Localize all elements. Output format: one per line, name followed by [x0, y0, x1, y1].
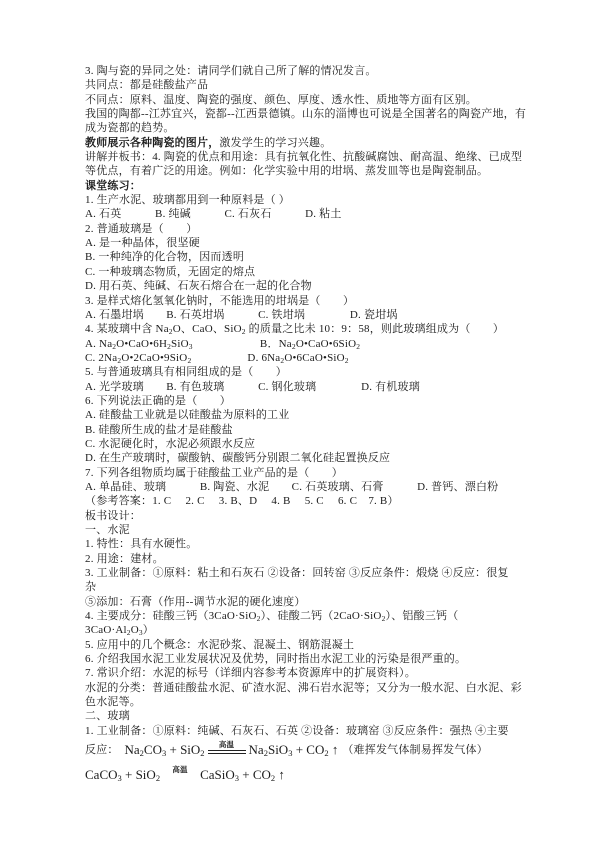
text-segment: 6. 介绍我国水泥工业发展状况及优势，同时指出水泥工业的污染是很严重的。: [85, 653, 466, 665]
text-line: D. 用石英、纯碱、石灰石熔合在一起的化合物: [85, 279, 523, 293]
text-segment: ⑤添加：石膏（作用--调节水泥的硬化速度）: [85, 596, 306, 608]
text-line: 一、水泥: [85, 523, 523, 537]
text-segment: D. 在生产玻璃时，碳酸钠、碳酸钙分别跟二氧化硅起置换反应: [85, 452, 390, 464]
text-segment: 6. 下列说法正确的是（ ）: [85, 395, 231, 407]
text-line: C. 2Na2O•2CaO•9SiO2 D. 6Na2O•6CaO•SiO2: [85, 351, 523, 365]
text-segment: C. 水泥硬化时，水泥必须跟水反应: [85, 438, 255, 450]
text-line: 1. 特性：具有水硬性。: [85, 537, 523, 551]
text-line: 3CaO·Al2O3）: [85, 623, 523, 637]
text-segment: 讲解并板书：4. 陶瓷的优点和用途：具有抗氧化性、抗酸碱腐蚀、耐高温、绝缘、已成…: [85, 151, 522, 163]
text-segment: A. 石英 B. 纯碱 C. 石灰石 D. 粘土: [85, 208, 342, 220]
text-segment: 3. 是样式熔化氢氧化钠时，不能选用的坩埚是（ ）: [85, 295, 354, 307]
text-line: 杂: [85, 580, 523, 594]
equation-rule: [208, 750, 246, 754]
text-segment: 3CaO·Al2O3）: [85, 624, 154, 636]
text-segment: A. 光学玻璃 B. 有色玻璃 C. 钢化玻璃 D. 有机玻璃: [85, 381, 420, 393]
text-line: 6. 下列说法正确的是（ ）: [85, 394, 523, 408]
document-body: 3. 陶与瓷的异同之处：请同学们就自己所了解的情况发言。共同点：都是硅酸盐产品不…: [85, 64, 523, 788]
equation-right-side: Na2SiO3 + CO2 ↑: [249, 743, 339, 757]
equation-left-side: Na2CO3 + SiO2: [125, 743, 205, 757]
text-segment: 成为瓷都的趋势。: [85, 122, 175, 134]
text-line: C. 一种玻璃态物质，无固定的熔点: [85, 265, 523, 279]
text-line: ⑤添加：石膏（作用--调节水泥的硬化速度）: [85, 595, 523, 609]
text-line: 二、玻璃: [85, 709, 523, 723]
text-line: 3. 是样式熔化氢氧化钠时，不能选用的坩埚是（ ）: [85, 294, 523, 308]
text-segment: 色水泥等。: [85, 696, 141, 708]
text-line: 不同点：原料、温度、陶瓷的强度、颜色、厚度、透水性、质地等方面有区别。: [85, 93, 523, 107]
text-segment: 水泥的分类：普通硅酸盐水泥、矿渣水泥、沸石岩水泥等；又分为一般水泥、白水泥、彩: [85, 682, 522, 694]
text-segment: 4. 主要成分：硅酸三钙（3CaO·SiO2）、硅酸二钙（2CaO·SiO2）、…: [85, 610, 458, 622]
text-line: （参考答案：1. C 2. C 3. B、D 4. B 5. C 6. C 7.…: [85, 494, 523, 508]
text-line: B. 一种纯净的化合物，因而透明: [85, 250, 523, 264]
text-line: 5. 应用中的几个概念：水泥砂浆、混凝土、钢筋混凝土: [85, 638, 523, 652]
text-segment: A. 单晶硅、玻璃 B. 陶瓷、水泥 C. 石英玻璃、石膏 D. 普钙、漂白粉: [85, 481, 498, 493]
text-line: A. 是一种晶体，很坚硬: [85, 236, 523, 250]
text-line: 讲解并板书：4. 陶瓷的优点和用途：具有抗氧化性、抗酸碱腐蚀、耐高温、绝缘、已成…: [85, 150, 523, 164]
text-line: 1. 生产水泥、玻璃都用到一种原料是（ ）: [85, 193, 523, 207]
text-line: B. 硅酸所生成的盐才是硅酸盐: [85, 423, 523, 437]
reaction-condition: 高温: [163, 766, 197, 779]
text-line: 水泥的分类：普通硅酸盐水泥、矿渣水泥、沸石岩水泥等；又分为一般水泥、白水泥、彩: [85, 681, 523, 695]
text-segment: 2. 用途：建材。: [85, 553, 164, 565]
text-segment: 3. 工业制备：①原料：粘土和石灰石 ②设备：回转窑 ③反应条件：煅烧 ④反应：…: [85, 567, 509, 579]
text-line: 教师展示各种陶瓷的图片，激发学生的学习兴趣。: [85, 136, 523, 150]
text-segment: C. 2Na2O•2CaO•9SiO2 D. 6Na2O•6CaO•SiO2: [85, 352, 349, 364]
text-line: C. 水泥硬化时，水泥必须跟水反应: [85, 437, 523, 451]
reaction-condition: 高温: [208, 741, 246, 754]
text-segment: A. 硅酸盐工业就是以硅酸盐为原料的工业: [85, 409, 289, 421]
text-line: 色水泥等。: [85, 695, 523, 709]
text-segment: 我国的陶都--江苏宜兴，瓷都--江西景德镇。山东的淄博也可说是全国著名的陶瓷产地…: [85, 108, 526, 120]
text-segment: 1. 工业制备：①原料：纯碱、石灰石、石英 ②设备：玻璃窑 ③反应条件：强热 ④…: [85, 725, 509, 737]
text-line: 板书设计：: [85, 509, 523, 523]
text-line: A. 石墨坩埚 B. 石英坩埚 C. 铁坩埚 D. 瓷坩埚: [85, 308, 523, 322]
text-segment: 2. 普通玻璃是（ ）: [85, 223, 197, 235]
text-segment: 5. 应用中的几个概念：水泥砂浆、混凝土、钢筋混凝土: [85, 639, 354, 651]
text-line: 2. 普通玻璃是（ ）: [85, 222, 523, 236]
chem-equation: 反应： Na2CO3 + SiO2高温Na2SiO3 + CO2 ↑（难挥发气体…: [85, 738, 523, 763]
text-segment: A. 石墨坩埚 B. 石英坩埚 C. 铁坩埚 D. 瓷坩埚: [85, 309, 398, 321]
text-line: 成为瓷都的趋势。: [85, 121, 523, 135]
text-segment: （参考答案：1. C 2. C 3. B、D 4. B 5. C 6. C 7.…: [85, 495, 399, 507]
equation-left-side: CaCO3 + SiO2: [85, 768, 160, 782]
text-line: 4. 某玻璃中含 Na2O、CaO、SiO2 的质量之比未 10：9：58，则此…: [85, 322, 523, 336]
condition-label: 高温: [219, 741, 234, 749]
text-segment: 一、水泥: [85, 524, 130, 536]
text-segment: 等优点，有着广泛的用途。例如：化学实验中用的坩埚、蒸发皿等也是陶瓷制品。: [85, 165, 488, 177]
text-line: 3. 工业制备：①原料：粘土和石灰石 ②设备：回转窑 ③反应条件：煅烧 ④反应：…: [85, 566, 523, 580]
text-segment: 教师展示各种陶瓷的图片，: [85, 137, 219, 149]
text-segment: A. Na2O•CaO•6H2SiO3 B．Na2O•CaO•6SiO2: [85, 338, 360, 350]
text-line: 4. 主要成分：硅酸三钙（3CaO·SiO2）、硅酸二钙（2CaO·SiO2）、…: [85, 609, 523, 623]
text-segment: D. 用石英、纯碱、石灰石熔合在一起的化合物: [85, 280, 312, 292]
text-segment: A. 是一种晶体，很坚硬: [85, 237, 200, 249]
text-segment: 杂: [85, 581, 96, 593]
equation-rule: [163, 775, 197, 779]
text-segment: C. 一种玻璃态物质，无固定的熔点: [85, 266, 255, 278]
text-segment: 5. 与普通玻璃具有相同组成的是（ ）: [85, 366, 287, 378]
text-segment: 共同点：都是硅酸盐产品: [85, 79, 208, 91]
text-line: A. Na2O•CaO•6H2SiO3 B．Na2O•CaO•6SiO2: [85, 337, 523, 351]
text-segment: 3. 陶与瓷的异同之处：请同学们就自己所了解的情况发言。: [85, 65, 377, 77]
text-segment: B. 硅酸所生成的盐才是硅酸盐: [85, 424, 233, 436]
text-line: 等优点，有着广泛的用途。例如：化学实验中用的坩埚、蒸发皿等也是陶瓷制品。: [85, 164, 523, 178]
chem-equation: CaCO3 + SiO2高温CaSiO3 + CO2 ↑: [85, 763, 523, 788]
text-segment: 课堂练习：: [85, 180, 141, 192]
text-line: 课堂练习：: [85, 179, 523, 193]
text-segment: 4. 某玻璃中含 Na2O、CaO、SiO2 的质量之比未 10：9：58，则此…: [85, 323, 504, 335]
condition-label: 高温: [172, 766, 187, 774]
text-line: 6. 介绍我国水泥工业发展状况及优势，同时指出水泥工业的污染是很严重的。: [85, 652, 523, 666]
text-line: A. 硅酸盐工业就是以硅酸盐为原料的工业: [85, 408, 523, 422]
equation-note: （难挥发气体制易挥发气体）: [342, 743, 488, 757]
text-segment: 激发学生的学习兴趣。: [219, 137, 331, 149]
text-segment: 二、玻璃: [85, 710, 130, 722]
text-segment: 7. 常识介绍：水泥的标号（详细内容参考本资源库中的扩展资料）。: [85, 667, 416, 679]
text-line: D. 在生产玻璃时，碳酸钠、碳酸钙分别跟二氧化硅起置换反应: [85, 451, 523, 465]
text-line: 1. 工业制备：①原料：纯碱、石灰石、石英 ②设备：玻璃窑 ③反应条件：强热 ④…: [85, 724, 523, 738]
equation-right-side: CaSiO3 + CO2 ↑: [200, 768, 285, 782]
text-segment: 板书设计：: [85, 510, 141, 522]
document-page: 3. 陶与瓷的异同之处：请同学们就自己所了解的情况发言。共同点：都是硅酸盐产品不…: [0, 0, 595, 841]
text-line: A. 单晶硅、玻璃 B. 陶瓷、水泥 C. 石英玻璃、石膏 D. 普钙、漂白粉: [85, 480, 523, 494]
text-line: A. 光学玻璃 B. 有色玻璃 C. 钢化玻璃 D. 有机玻璃: [85, 380, 523, 394]
text-line: 共同点：都是硅酸盐产品: [85, 78, 523, 92]
text-line: 7. 常识介绍：水泥的标号（详细内容参考本资源库中的扩展资料）。: [85, 666, 523, 680]
text-segment: B. 一种纯净的化合物，因而透明: [85, 251, 244, 263]
text-line: 7. 下列各组物质均属于硅酸盐工业产品的是（ ）: [85, 466, 523, 480]
equation-prefix: 反应：: [85, 743, 125, 757]
text-line: 2. 用途：建材。: [85, 552, 523, 566]
text-line: 3. 陶与瓷的异同之处：请同学们就自己所了解的情况发言。: [85, 64, 523, 78]
text-segment: 不同点：原料、温度、陶瓷的强度、颜色、厚度、透水性、质地等方面有区别。: [85, 94, 477, 106]
text-line: 5. 与普通玻璃具有相同组成的是（ ）: [85, 365, 523, 379]
text-segment: 7. 下列各组物质均属于硅酸盐工业产品的是（ ）: [85, 467, 343, 479]
text-segment: 1. 特性：具有水硬性。: [85, 538, 197, 550]
text-line: A. 石英 B. 纯碱 C. 石灰石 D. 粘土: [85, 207, 523, 221]
text-segment: 1. 生产水泥、玻璃都用到一种原料是（ ）: [85, 194, 290, 206]
text-line: 我国的陶都--江苏宜兴，瓷都--江西景德镇。山东的淄博也可说是全国著名的陶瓷产地…: [85, 107, 523, 121]
